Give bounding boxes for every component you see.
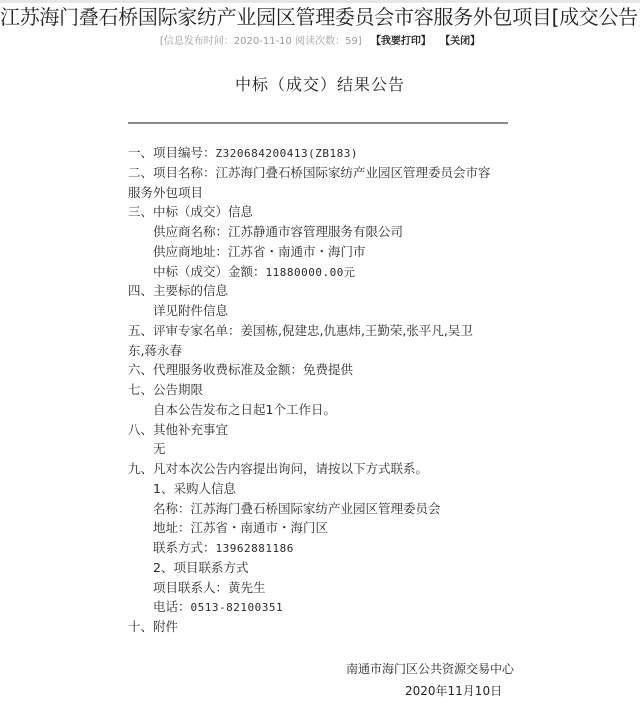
line-label: 项目联系人：	[153, 580, 228, 595]
document-line: 三、中标（成交）信息	[128, 202, 253, 221]
line-label: 三、中标（成交）信息	[128, 204, 253, 219]
line-label: 八、其他补充事宜	[128, 422, 228, 437]
document-line: 电话：0513-82100351	[153, 597, 283, 617]
document-line: 四、主要标的信息	[128, 281, 228, 300]
line-label: 地址：	[153, 520, 191, 535]
document-line: 五、评审专家名单：姜国栋,倪建忠,仇惠炜,王勤荣,张平凡,吴卫	[128, 321, 473, 340]
line-label: 名称：	[153, 501, 191, 516]
document-line: 名称：江苏海门叠石桥国际家纺产业园区管理委员会	[153, 499, 441, 518]
line-value: 黄先生	[228, 580, 266, 595]
line-label: 联系方式：	[153, 540, 216, 555]
line-value: 无	[153, 441, 166, 456]
print-link[interactable]: 【我要打印】	[371, 36, 431, 47]
top-border	[0, 0, 640, 3]
line-value: 姜国栋,倪建忠,仇惠炜,王勤荣,张平凡,吴卫	[241, 323, 473, 338]
page-title: 江苏海门叠石桥国际家纺产业园区管理委员会市容服务外包项目[成交公告]	[0, 4, 640, 30]
line-label: 供应商名称：	[153, 224, 228, 239]
line-value: 江苏省・南通市・海门区	[191, 520, 329, 535]
line-label: 中标（成交）金额：	[153, 264, 266, 279]
close-link[interactable]: 【关闭】	[440, 36, 480, 47]
document-line: 服务外包项目	[128, 183, 203, 202]
document-line: 自本公告发布之日起1个工作日。	[153, 400, 336, 419]
line-value: 江苏静通市容管理服务有限公司	[228, 224, 403, 239]
line-label: 四、主要标的信息	[128, 283, 228, 298]
line-label: 供应商地址：	[153, 244, 228, 259]
document-line: 六、代理服务收费标准及金额：免费提供	[128, 360, 353, 379]
heading-divider	[128, 122, 508, 124]
document-line: 十、附件	[128, 617, 178, 636]
article-meta-bar: [信息发布时间：2020-11-10 阅读次数：59] 【我要打印】 【关闭】	[0, 35, 640, 49]
document-line: 联系方式：13962881186	[153, 538, 294, 558]
line-label: 二、项目名称：	[128, 165, 216, 180]
line-label: 五、评审专家名单：	[128, 323, 241, 338]
line-value: 江苏海门叠石桥国际家纺产业园区管理委员会	[191, 501, 441, 516]
document-line: 二、项目名称：江苏海门叠石桥国际家纺产业园区管理委员会市容	[128, 163, 491, 182]
document-line: 九、凡对本次公告内容提出询问，请按以下方式联系。	[128, 459, 428, 478]
line-value: 详见附件信息	[153, 303, 228, 318]
line-value: 服务外包项目	[128, 185, 203, 200]
line-label: 电话：	[153, 599, 191, 614]
document-line: 一、项目编号：Z320684200413(ZB183)	[128, 143, 358, 163]
document-line: 东,蒋永春	[128, 341, 182, 360]
line-value: 江苏海门叠石桥国际家纺产业园区管理委员会市容	[216, 165, 491, 180]
line-label: 1、采购人信息	[153, 481, 236, 496]
document-line: 无	[153, 439, 166, 458]
line-value: 自本公告发布之日起1个工作日。	[153, 402, 336, 417]
document-line: 八、其他补充事宜	[128, 420, 228, 439]
line-label: 七、公告期限	[128, 382, 203, 397]
document-line: 中标（成交）金额：11880000.00元	[153, 262, 355, 282]
line-value: 0513-82100351	[191, 601, 284, 614]
issue-date: 2020年11月10日	[405, 682, 502, 700]
document-line: 2、项目联系方式	[153, 558, 248, 577]
document-heading: 中标（成交）结果公告	[0, 74, 640, 96]
line-label: 一、项目编号：	[128, 145, 216, 160]
line-value: Z320684200413(ZB183)	[216, 147, 358, 160]
issuing-organization: 南通市海门区公共资源交易中心	[346, 660, 514, 678]
document-line: 详见附件信息	[153, 301, 228, 320]
document-line: 供应商名称：江苏静通市容管理服务有限公司	[153, 222, 403, 241]
line-value: 13962881186	[216, 542, 294, 555]
document-line: 供应商地址：江苏省・南通市・海门市	[153, 242, 366, 261]
line-label: 2、项目联系方式	[153, 560, 248, 575]
document-line: 项目联系人：黄先生	[153, 578, 266, 597]
line-label: 九、凡对本次公告内容提出询问，请按以下方式联系。	[128, 461, 428, 476]
line-label: 十、附件	[128, 619, 178, 634]
line-value: 东,蒋永春	[128, 343, 182, 358]
line-value: 11880000.00元	[266, 266, 356, 279]
document-line: 七、公告期限	[128, 380, 203, 399]
line-value: 免费提供	[303, 362, 353, 377]
line-label: 六、代理服务收费标准及金额：	[128, 362, 303, 377]
document-line: 地址：江苏省・南通市・海门区	[153, 518, 328, 537]
publish-info: [信息发布时间：2020-11-10 阅读次数：59]	[160, 36, 362, 47]
line-value: 江苏省・南通市・海门市	[228, 244, 366, 259]
document-line: 1、采购人信息	[153, 479, 236, 498]
